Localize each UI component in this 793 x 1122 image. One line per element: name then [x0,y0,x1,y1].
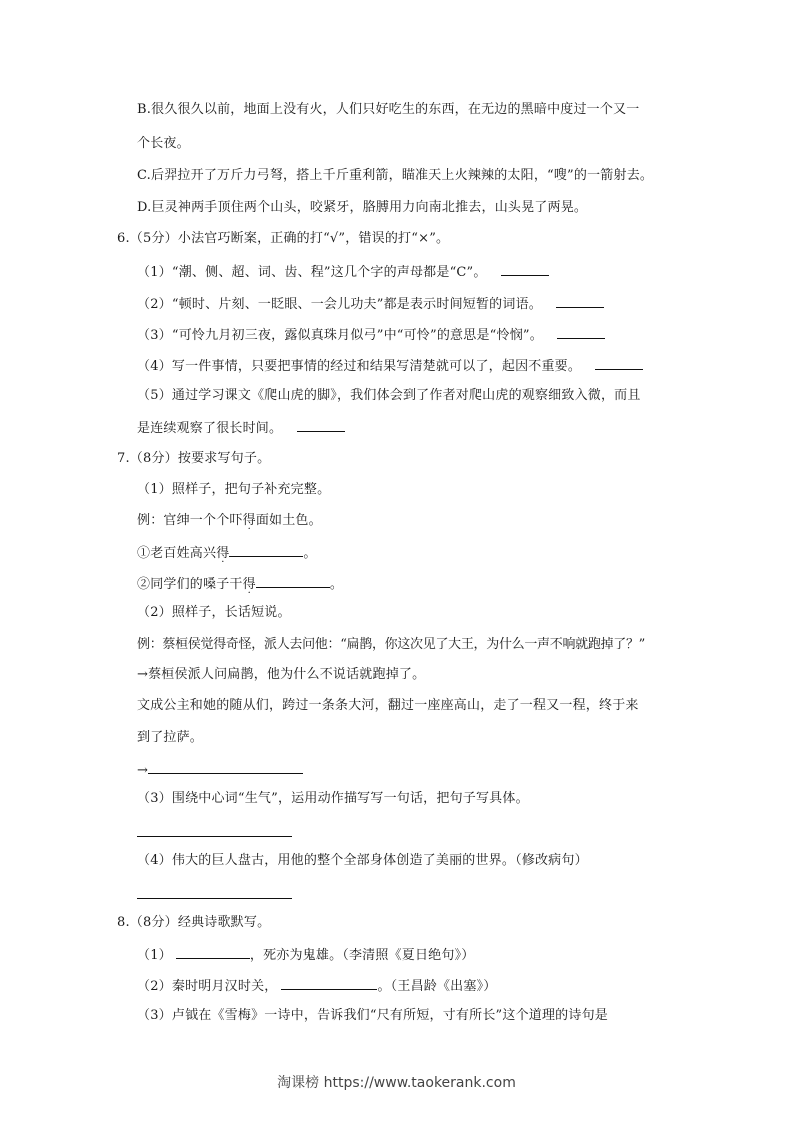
q7-part2-arrow-example: →蔡桓侯派人问扁鹊，他为什么不说话就跑掉了。 [137,667,425,683]
item-text: ②同学们的嗓子干 [137,577,243,592]
q7-part2-title: （2）照样子，长话短说。 [137,605,291,621]
answer-blank[interactable] [256,575,330,588]
answer-blank[interactable] [148,761,303,774]
q7-part2-answer: → [137,761,303,779]
answer-blank[interactable] [229,544,303,557]
emphasis-char: 得 [243,513,256,528]
answer-blank[interactable] [501,263,549,276]
period: 。 [303,546,316,561]
q8-item-3: （3）卢钺在《雪梅》一诗中，告诉我们“尺有所短，寸有所长”这个道理的诗句是 [137,1008,608,1024]
q5-option-c: C.后羿拉开了万斤力弓弩，搭上千斤重利箭，瞄准天上火辣辣的太阳，“嗖”的一箭射去… [137,168,653,184]
q6-item-3-text: （3）“可怜九月初三夜，露似真珠月似弓”中“可怜”的意思是“怜悯”。 [137,328,543,343]
q6-item-5-line2: 是连续观察了很长时间。 [137,419,345,437]
item-text: ，死亦为鬼雄。（李清照《夏日绝句》） [250,948,475,963]
q7-part1-title: （1）照样子，把句子补充完整。 [137,482,330,498]
q6-item-4-text: （4）写一件事情，只要把事情的经过和结果写清楚就可以了，起因不重要。 [137,359,581,374]
emphasis-char: 得 [243,577,256,592]
q7-part4-title: （4）伟大的巨人盘古，用他的整个全部身体创造了美丽的世界。（修改病句） [137,853,588,869]
example-text: 例：官绅一个个吓 [137,513,243,528]
q7-part1-item2: ②同学们的嗓子干得。 [137,575,343,593]
q7-part2-text-line2: 到了拉萨。 [137,730,203,746]
q7-part1-example: 例：官绅一个个吓得面如土色。 [137,513,322,529]
emphasis-char: 得 [216,546,229,561]
period: 。 [330,577,343,592]
q6-item-1-text: （1）“潮、侧、超、词、齿、程”这几个字的声母都是“C”。 [137,265,487,280]
q5-option-b-line1: B.很久很久以前，地面上没有火，人们只好吃生的东西，在无边的黑暗中度过一个又一 [137,102,640,118]
q6-item-5-line1: （5）通过学习课文《爬山虎的脚》，我们体会到了作者对爬山虎的观察细致入微，而且 [137,388,641,404]
q6-item-2: （2）“顿时、片刻、一眨眼、一会儿功夫”都是表示时间短暂的词语。 [137,295,604,313]
answer-blank[interactable] [281,977,377,990]
item-text: （2）秦时明月汉时关， [137,979,277,994]
answer-blank[interactable] [556,295,604,308]
q7-part1-item1: ①老百姓高兴得。 [137,544,317,562]
q8-item-2: （2）秦时明月汉时关，。（王昌龄《出塞》） [137,977,497,995]
item-text-end: 。（王昌龄《出塞》） [377,979,496,994]
q6-item-3: （3）“可怜九月初三夜，露似真珠月似弓”中“可怜”的意思是“怜悯”。 [137,326,605,344]
item-number: （1） [137,948,172,963]
q8-item-1: （1），死亦为鬼雄。（李清照《夏日绝句》） [137,946,474,964]
q7-part2-example: 例：蔡桓侯觉得奇怪，派人去问他：“扁鹊，你这次见了大王，为什么一声不响就跑掉了？… [137,637,645,653]
answer-blank[interactable] [176,946,250,959]
q7-part2-text-line1: 文成公主和她的随从们，跨过一条条大河，翻过一座座高山，走了一程又一程，终于来 [137,698,639,714]
q7-title: 7.（8分）按要求写句子。 [117,451,270,467]
q6-item-5-text: 是连续观察了很长时间。 [137,421,282,436]
answer-blank[interactable] [137,886,292,899]
q6-item-4: （4）写一件事情，只要把事情的经过和结果写清楚就可以了，起因不重要。 [137,357,643,375]
answer-blank[interactable] [595,357,643,370]
q8-title: 8.（8分）经典诗歌默写。 [117,915,270,931]
answer-blank[interactable] [557,326,605,339]
answer-blank[interactable] [137,824,292,837]
q6-item-2-text: （2）“顿时、片刻、一眨眼、一会儿功夫”都是表示时间短暂的词语。 [137,297,542,312]
example-text-end: 面如土色。 [256,513,322,528]
q5-option-d: D.巨灵神两手顶住两个山头，咬紧牙，胳膊用力向南北推去，山头晃了两晃。 [137,200,587,216]
q6-item-1: （1）“潮、侧、超、词、齿、程”这几个字的声母都是“C”。 [137,263,549,281]
q7-part3-title: （3）围绕中心词“生气”，运用动作描写写一句话，把句子写具体。 [137,791,529,807]
arrow-icon: → [137,763,148,778]
item-text: ①老百姓高兴 [137,546,216,561]
q5-option-b-line2: 个长夜。 [137,136,190,152]
q6-title: 6.（5分）小法官巧断案，正确的打“√”，错误的打“×”。 [117,231,449,247]
answer-blank[interactable] [297,419,345,432]
footer-watermark: 淘课榜 https://www.taokerank.com [0,1072,793,1092]
